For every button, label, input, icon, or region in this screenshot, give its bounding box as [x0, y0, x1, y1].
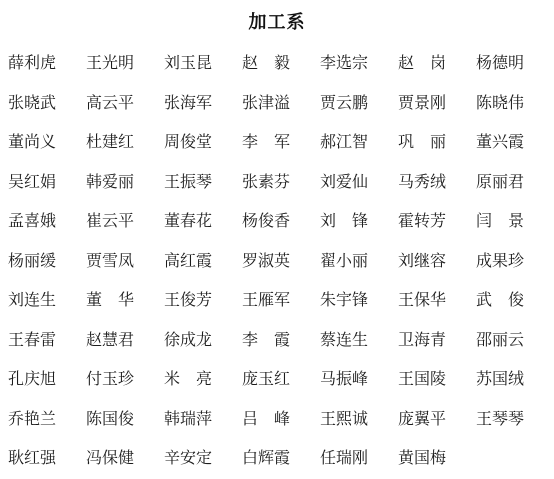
name-cell: 薛利虎 — [8, 44, 56, 84]
name-cell: 马秀绒 — [398, 163, 446, 203]
name-cell: 贾云鹏 — [320, 84, 368, 124]
name-cell: 吕 峰 — [242, 400, 290, 440]
name-cell: 王俊芳 — [164, 281, 212, 321]
name-cell: 孟喜娥 — [8, 202, 56, 242]
name-cell: 张素芬 — [242, 163, 290, 203]
name-cell: 赵 岗 — [398, 44, 446, 84]
name-cell: 刘连生 — [8, 281, 56, 321]
name-cell: 罗淑英 — [242, 242, 290, 282]
name-cell: 闫 景 — [476, 202, 524, 242]
name-cell: 刘继容 — [398, 242, 446, 282]
document-page: 加工系 薛利虎王光明刘玉昆赵 毅李选宗赵 岗杨德明张晓武高云平张海军张津溢贾云鹏… — [0, 0, 554, 479]
name-cell: 郝江智 — [320, 123, 368, 163]
name-cell: 巩 丽 — [398, 123, 446, 163]
name-cell: 陈晓伟 — [476, 84, 524, 124]
name-cell: 王雁军 — [242, 281, 290, 321]
name-cell: 董兴霞 — [476, 123, 524, 163]
name-cell: 杨丽缓 — [8, 242, 56, 282]
name-cell: 贾景刚 — [398, 84, 446, 124]
name-cell: 董 华 — [86, 281, 134, 321]
name-cell: 王振琴 — [164, 163, 212, 203]
name-cell: 张晓武 — [8, 84, 56, 124]
name-cell: 高云平 — [86, 84, 134, 124]
name-cell: 李 军 — [242, 123, 290, 163]
name-cell: 贾雪凤 — [86, 242, 134, 282]
name-cell: 辛安定 — [164, 439, 212, 479]
name-cell: 成果珍 — [476, 242, 524, 282]
name-cell: 任瑞刚 — [320, 439, 368, 479]
name-cell: 李选宗 — [320, 44, 368, 84]
name-cell: 蔡连生 — [320, 321, 368, 361]
name-cell: 高红霞 — [164, 242, 212, 282]
name-cell: 冯保健 — [86, 439, 134, 479]
name-cell: 杨德明 — [476, 44, 524, 84]
page-title: 加工系 — [0, 0, 554, 44]
name-cell: 庞玉红 — [242, 360, 290, 400]
name-cell: 赵 毅 — [242, 44, 290, 84]
name-cell: 耿红强 — [8, 439, 56, 479]
name-cell: 徐成龙 — [164, 321, 212, 361]
name-cell: 庞翼平 — [398, 400, 446, 440]
name-cell: 刘 锋 — [320, 202, 368, 242]
name-cell: 杜建红 — [86, 123, 134, 163]
name-cell: 马振峰 — [320, 360, 368, 400]
name-cell: 孔庆旭 — [8, 360, 56, 400]
name-cell: 王春雷 — [8, 321, 56, 361]
name-cell: 米 亮 — [164, 360, 212, 400]
name-cell: 崔云平 — [86, 202, 134, 242]
name-cell: 董春花 — [164, 202, 212, 242]
name-cell: 赵慧君 — [86, 321, 134, 361]
name-cell: 朱宇锋 — [320, 281, 368, 321]
name-cell: 张海军 — [164, 84, 212, 124]
name-cell: 卫海青 — [398, 321, 446, 361]
name-cell: 邵丽云 — [476, 321, 524, 361]
name-cell: 付玉珍 — [86, 360, 134, 400]
name-cell: 韩瑞萍 — [164, 400, 212, 440]
name-cell: 王光明 — [86, 44, 134, 84]
name-cell: 霍转芳 — [398, 202, 446, 242]
name-cell: 苏国绒 — [476, 360, 524, 400]
name-cell: 白辉霞 — [242, 439, 290, 479]
name-cell: 杨俊香 — [242, 202, 290, 242]
name-cell: 吴红娟 — [8, 163, 56, 203]
name-cell: 原丽君 — [476, 163, 524, 203]
name-cell: 王琴琴 — [476, 400, 524, 440]
name-cell: 翟小丽 — [320, 242, 368, 282]
name-cell: 王熙诚 — [320, 400, 368, 440]
name-cell: 周俊堂 — [164, 123, 212, 163]
name-cell: 武 俊 — [476, 281, 524, 321]
name-cell: 陈国俊 — [86, 400, 134, 440]
name-cell: 黄国梅 — [398, 439, 446, 479]
name-cell: 王国陵 — [398, 360, 446, 400]
name-cell: 韩爱丽 — [86, 163, 134, 203]
name-cell: 乔艳兰 — [8, 400, 56, 440]
name-cell: 刘爱仙 — [320, 163, 368, 203]
name-cell: 李 霞 — [242, 321, 290, 361]
name-cell: 王保华 — [398, 281, 446, 321]
name-cell: 张津溢 — [242, 84, 290, 124]
name-grid: 薛利虎王光明刘玉昆赵 毅李选宗赵 岗杨德明张晓武高云平张海军张津溢贾云鹏贾景刚陈… — [0, 44, 554, 479]
name-cell: 董尚义 — [8, 123, 56, 163]
name-cell: 刘玉昆 — [164, 44, 212, 84]
